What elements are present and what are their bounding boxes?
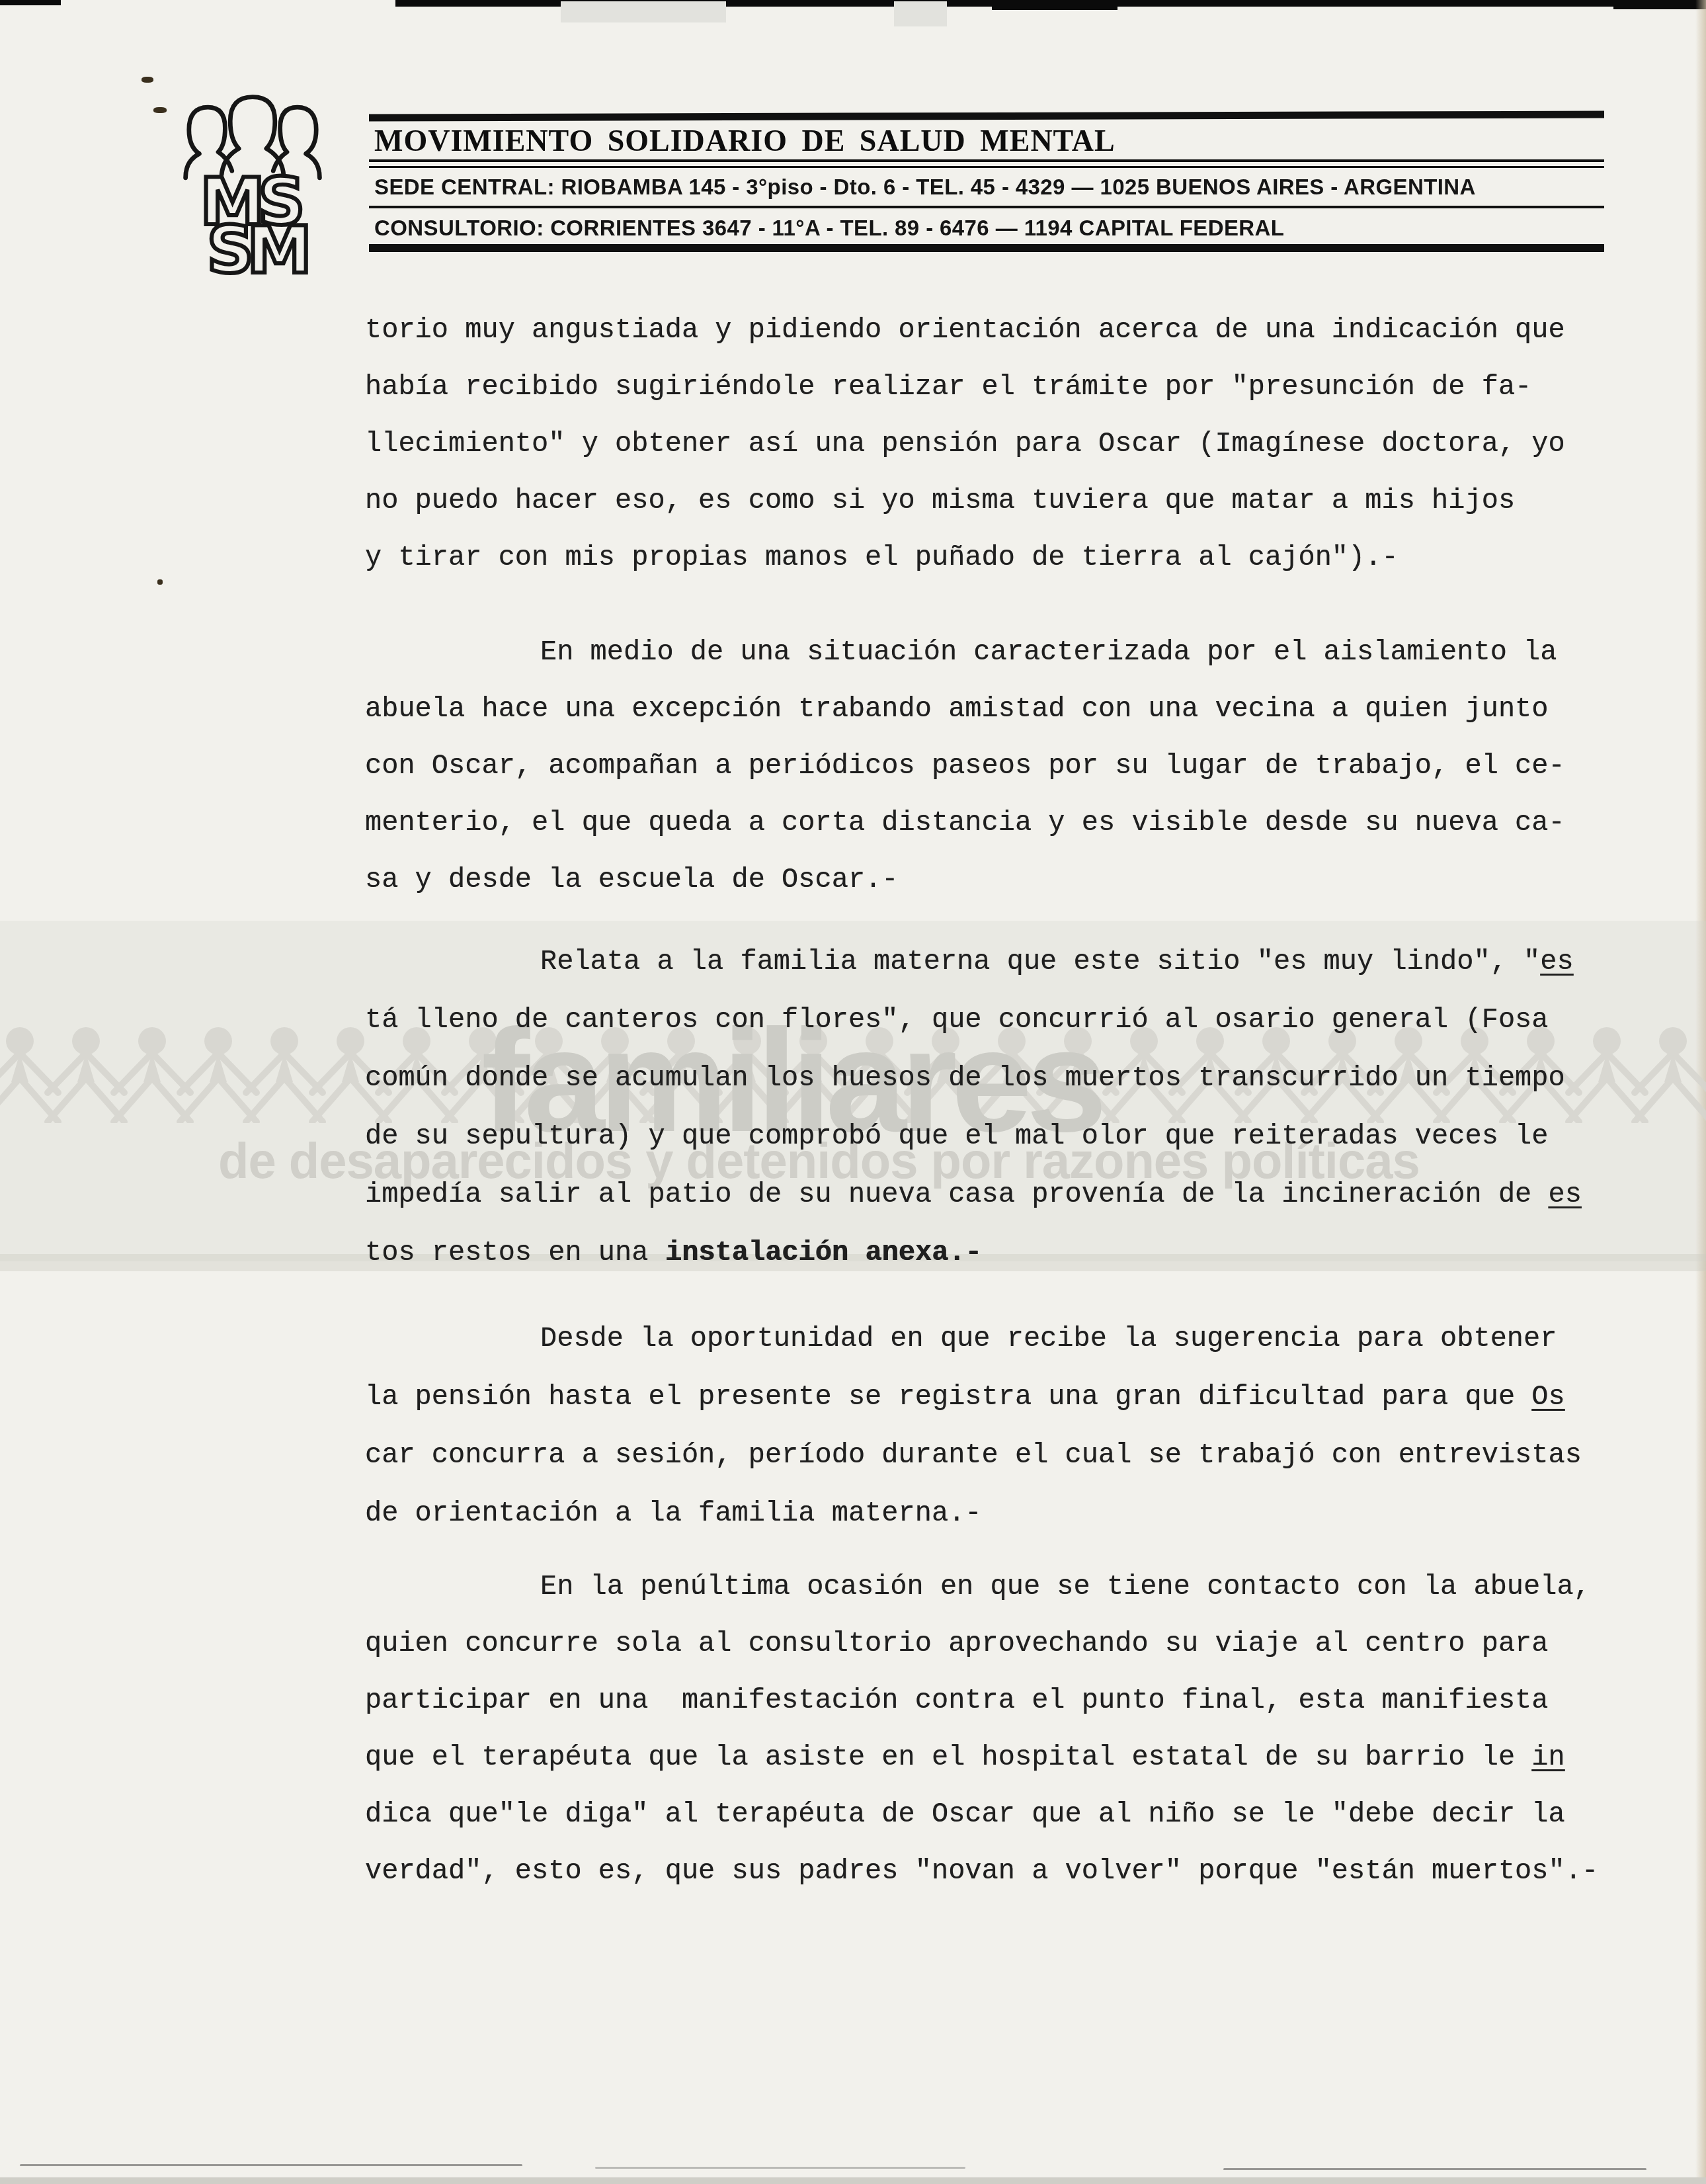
typed-line: torio muy angustiada y pidiendo orientac… [365,314,1565,346]
typed-line: de su sepultura) y que comprobó que el m… [365,1120,1549,1152]
ink-speck [142,77,153,83]
scanned-document-page: MS SM MOVIMIENTO SOLIDARIO DE SALUD MENT… [0,0,1706,2184]
typed-line: no puedo hacer eso, es como si yo misma … [365,485,1515,517]
typed-line: participar en una manifestación contra e… [365,1685,1549,1716]
typed-line: quien concurre sola al consultorio aprov… [365,1628,1549,1659]
typed-line: tos restos en una instalación anexa.- [365,1237,982,1269]
typed-line: tá lleno de canteros con flores", que co… [365,1004,1549,1036]
typed-line: Relata a la familia materna que este sit… [365,946,1574,978]
typed-line: de orientación a la familia materna.- [365,1497,982,1529]
ink-speck [157,579,163,585]
typed-line: la pensión hasta el presente se registra… [365,1381,1565,1413]
typed-line: dica que"le diga" al terapéuta de Oscar … [365,1798,1565,1830]
typed-line: menterio, el que queda a corta distancia… [365,807,1565,839]
typed-line: había recibido sugiriéndole realizar el … [365,371,1531,403]
ink-speck [153,107,167,113]
typed-line: impedía salir al patio de su nueva casa … [365,1179,1582,1210]
typed-line: car concurra a sesión, período durante e… [365,1439,1582,1471]
typed-line: En medio de una situación caracterizada … [365,636,1557,668]
typed-line: abuela hace una excepción trabando amist… [365,693,1549,725]
typed-line: común donde se acumulan los huesos de lo… [365,1062,1565,1094]
typed-line: llecimiento" y obtener así una pensión p… [365,428,1565,460]
typed-line: con Oscar, acompañan a periódicos paseos… [365,750,1565,782]
typed-line: y tirar con mis propias manos el puñado … [365,542,1399,573]
logo-letters-row2: SM [207,212,307,284]
typed-line: Desde la oportunidad en que recibe la su… [365,1323,1557,1355]
typed-line: que el terapéuta que la asiste en el hos… [365,1742,1565,1773]
typed-line: sa y desde la escuela de Oscar.- [365,864,899,896]
typed-line: En la penúltima ocasión en que se tiene … [365,1571,1590,1603]
typed-body: torio muy angustiada y pidiendo orientac… [365,0,1628,2184]
typed-line: verdad", esto es, que sus padres "novan … [365,1855,1598,1887]
mssm-logo: MS SM [167,78,339,284]
scan-edge-top-left [0,0,61,5]
